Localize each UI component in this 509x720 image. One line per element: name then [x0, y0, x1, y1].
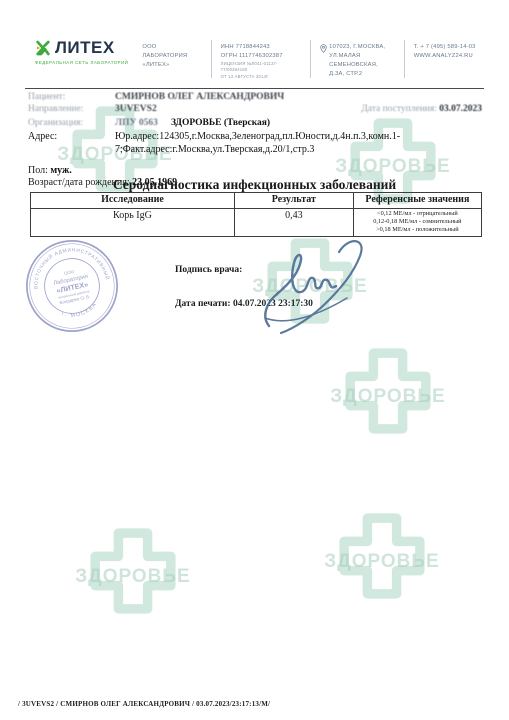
patient-row: Пациент: СМИРНОВ ОЛЕГ АЛЕКСАНДРОВИЧ	[28, 92, 482, 103]
organization-name: ЗДОРОВЬЕ (Тверская)	[171, 118, 270, 128]
watermark-zdorovye: ЗДОРОВЬЕ	[327, 507, 437, 617]
col-header-reference: Референсные значения	[353, 193, 481, 209]
logo-wordmark: ЛИТЕХ	[55, 38, 115, 58]
header-rule	[25, 88, 484, 89]
company-address-block: 107023, Г.МОСКВА, УЛ.МАЛАЯ СЕМЕНОВСКАЯ, …	[320, 38, 395, 79]
license-date: ОТ 13 АВГУСТА 2014Г.	[221, 74, 302, 80]
lab-report-page: ЗДОРОВЬЕ ЗДОРОВЬЕ ЗДОРОВЬЕ ЗДОРОВЬЕ ЗДОР…	[0, 0, 509, 720]
reference-line: 0,12-0,18 МЕ/мл - сомнительный	[356, 218, 479, 226]
company-address-line: Д.3А, СТР.2	[329, 70, 395, 79]
watermark-text: ЗДОРОВЬЕ	[330, 386, 445, 408]
company-name-block: ООО ЛАБОРАТОРИЯ «ЛИТЕХ»	[142, 38, 201, 70]
organization-code: ЛПУ 0563	[115, 118, 158, 128]
company-contacts-block: Т. + 7 (495) 589-14-03 WWW.ANALYZ24.RU	[414, 38, 485, 61]
patient-info: Пациент: СМИРНОВ ОЛЕГ АЛЕКСАНДРОВИЧ Напр…	[28, 92, 482, 188]
company-website: WWW.ANALYZ24.RU	[414, 52, 485, 61]
doctor-signature-label: Подпись врача:	[175, 265, 242, 275]
watermark-zdorovye: ЗДОРОВЬЕ	[78, 522, 188, 632]
organization-label: Организация:	[28, 118, 83, 128]
watermark-text: ЗДОРОВЬЕ	[324, 551, 439, 573]
patient-label: Пациент:	[28, 92, 65, 102]
date-received: Дата поступления: 03.07.2023	[361, 104, 482, 114]
referral-label: Направление:	[28, 104, 83, 114]
sex-label: Пол:	[28, 165, 48, 176]
company-address-line: УЛ.МАЛАЯ СЕМЕНОВСКАЯ,	[329, 52, 395, 70]
address-value: Юр.адрес:124305,г.Москва,Зеленоград,пл.Ю…	[115, 131, 489, 157]
watermark-text: ЗДОРОВЬЕ	[75, 566, 190, 588]
header-divider	[310, 40, 311, 78]
date-received-value: 03.07.2023	[439, 104, 482, 114]
company-address-line: 107023, Г.МОСКВА,	[329, 43, 395, 52]
referral-row: Направление: 3UVEVS2 Дата поступления: 0…	[28, 104, 482, 115]
logo-tagline: ФЕДЕРАЛЬНАЯ СЕТЬ ЛАБОРАТОРИЙ	[35, 60, 128, 65]
date-received-label: Дата поступления:	[361, 104, 437, 114]
stamp-line1: ООО	[64, 269, 75, 276]
sex-value: муж.	[50, 165, 71, 176]
letterhead: ЛИТЕХ ФЕДЕРАЛЬНАЯ СЕТЬ ЛАБОРАТОРИЙ ООО Л…	[35, 38, 485, 80]
doctor-signature	[255, 230, 385, 335]
col-header-result: Результат	[234, 193, 353, 209]
address-label: Адрес:	[28, 131, 57, 142]
company-line: «ЛИТЕХ»	[142, 61, 201, 70]
litech-x-icon	[35, 40, 51, 56]
footer-reference-line: / 3UVEVS2 / СМИРНОВ ОЛЕГ АЛЕКСАНДРОВИЧ /…	[18, 700, 270, 708]
reference-line: <0,12 МЕ/мл - отрицательный	[356, 210, 479, 218]
watermark-zdorovye: ЗДОРОВЬЕ	[333, 342, 443, 452]
referral-code: 3UVEVS2	[115, 104, 157, 114]
map-pin-icon	[320, 44, 327, 53]
results-header-row: Исследование Результат Референсные значе…	[31, 193, 482, 209]
company-ids-block: ИНН 7718844243 ОГРН 1117746302387 ЛИЦЕНЗ…	[221, 38, 302, 80]
sex-row: Пол: муж.	[28, 165, 482, 176]
patient-name: СМИРНОВ ОЛЕГ АЛЕКСАНДРОВИЧ	[115, 92, 284, 102]
inn: ИНН 7718844243	[221, 43, 302, 52]
report-title: Серодиагностика инфекционных заболеваний	[0, 177, 509, 193]
round-stamp: ВОСТОЧНЫЙ АДМИНИСТРАТИВНЫЙ ОКРУГ Г. МОСК…	[15, 229, 129, 343]
test-name: Корь IgG	[31, 209, 235, 237]
organization-row: Организация: ЛПУ 0563 ЗДОРОВЬЕ (Тверская…	[28, 118, 482, 129]
litech-logo: ЛИТЕХ ФЕДЕРАЛЬНАЯ СЕТЬ ЛАБОРАТОРИЙ	[35, 38, 128, 65]
license: ЛИЦЕНЗИЯ №Л041-01137-77/00294160	[221, 61, 302, 74]
col-header-test: Исследование	[31, 193, 235, 209]
ogrn: ОГРН 1117746302387	[221, 52, 302, 61]
header-divider	[404, 40, 405, 78]
company-phone: Т. + 7 (495) 589-14-03	[414, 43, 485, 52]
header-divider	[211, 40, 212, 78]
company-line: ООО ЛАБОРАТОРИЯ	[142, 43, 201, 61]
address-row: Адрес: Юр.адрес:124305,г.Москва,Зеленогр…	[28, 131, 482, 157]
print-date-label: Дата печати:	[175, 299, 231, 309]
